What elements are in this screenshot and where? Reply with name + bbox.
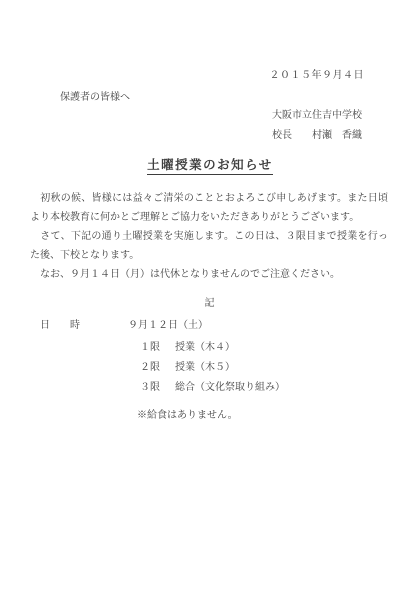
schedule-activity: 総合（文化祭取り組み） bbox=[175, 378, 285, 393]
paragraph-announcement: さて、下記の通り土曜授業を実施します。この日は、３限目まで授業を行った後、下校と… bbox=[30, 227, 388, 265]
schedule-row: ３限 総合（文化祭取り組み） bbox=[0, 378, 420, 394]
datetime-label: 日 時 bbox=[40, 316, 80, 331]
schedule-row: １限 授業（木４） bbox=[0, 338, 420, 354]
document-title: 土曜授業のお知らせ bbox=[147, 155, 273, 175]
principal-name: 校長 村瀬 香織 bbox=[272, 126, 362, 146]
schedule-period: ２限 bbox=[140, 358, 160, 373]
schedule-activity: 授業（木４） bbox=[175, 338, 235, 353]
schedule-row: ２限 授業（木５） bbox=[0, 358, 420, 374]
title-row: 土曜授業のお知らせ bbox=[0, 155, 420, 175]
letter-page: ２０１５年９月４日 保護者の皆様へ 大阪市立住吉中学校 校長 村瀬 香織 土曜授… bbox=[0, 0, 420, 594]
schedule-period: １限 bbox=[140, 338, 160, 353]
notice-header: 記 bbox=[0, 294, 420, 309]
schedule-period: ３限 bbox=[140, 378, 160, 393]
letter-date: ２０１５年９月４日 bbox=[270, 66, 365, 81]
addressee: 保護者の皆様へ bbox=[60, 88, 130, 103]
datetime-value: ９月１２日（土） bbox=[128, 316, 208, 331]
meal-note: ※給食はありません。 bbox=[137, 406, 238, 421]
body-text: 初秋の候、皆様には益々ご清栄のこととおよろこび申しあげます。また日頃より本校教育… bbox=[30, 189, 388, 284]
schedule-activity: 授業（木５） bbox=[175, 358, 235, 373]
school-name: 大阪市立住吉中学校 bbox=[272, 106, 362, 126]
sender-block: 大阪市立住吉中学校 校長 村瀬 香織 bbox=[272, 106, 362, 146]
paragraph-greeting: 初秋の候、皆様には益々ご清栄のこととおよろこび申しあげます。また日頃より本校教育… bbox=[30, 189, 388, 227]
paragraph-caution: なお、９月１４日（月）は代休となりませんのでご注意ください。 bbox=[30, 265, 388, 284]
